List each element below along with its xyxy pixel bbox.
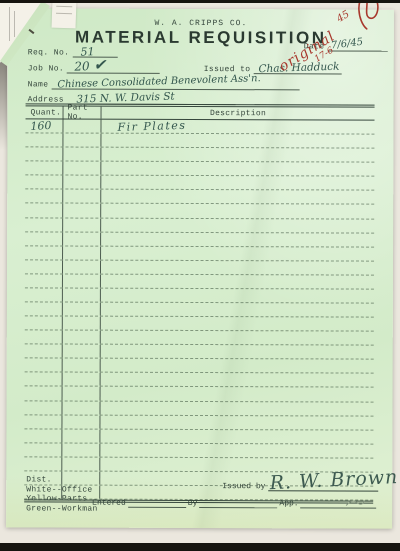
part-cell	[63, 246, 101, 259]
desc-cell	[101, 260, 374, 274]
stamp-mark	[9, 7, 10, 41]
quant-cell	[25, 176, 63, 189]
job-no-value: 20 ✔	[75, 56, 107, 75]
requisition-form: W. A. CRIPPS CO. MATERIAL REQUISITION Da…	[6, 8, 394, 528]
items-table: Quant. Part No. Description 160 Fir Plat…	[24, 103, 374, 503]
part-cell	[63, 345, 101, 358]
name-underline: Chinese Consolidated Benevolent Ass'n.	[51, 74, 299, 90]
part-no-header: Part No.	[64, 107, 102, 119]
quant-cell	[24, 443, 62, 456]
quant-cell	[25, 148, 63, 161]
part-cell	[63, 274, 101, 287]
quant-cell	[25, 331, 63, 344]
table-row	[25, 260, 374, 275]
table-row	[25, 288, 374, 303]
desc-cell	[101, 317, 374, 331]
quant-cell	[24, 429, 62, 442]
table-row	[25, 133, 374, 148]
table-row	[25, 387, 374, 402]
dist-line-yellow: Yellow-Parts	[26, 494, 97, 504]
quant-cell	[25, 190, 63, 203]
desc-cell	[101, 204, 374, 218]
desc-cell	[101, 190, 374, 204]
issued-by-underline: R. W. Brown	[268, 478, 378, 491]
table-row	[25, 373, 374, 388]
check-mark: ✔	[94, 56, 107, 74]
quant-cell: 160	[25, 119, 63, 132]
name-field: Name Chinese Consolidated Benevolent Ass…	[28, 75, 300, 90]
stamp-mark	[14, 11, 15, 37]
table-row	[25, 246, 374, 261]
table-row: 160 Fir Plates	[25, 119, 374, 134]
table-row	[24, 401, 373, 416]
part-cell	[62, 401, 100, 414]
desc-cell	[100, 415, 373, 429]
desc-cell	[101, 331, 374, 345]
dist-title: Dist.	[26, 475, 97, 485]
part-cell	[63, 260, 101, 273]
part-cell	[63, 232, 101, 245]
desc-cell	[101, 246, 374, 260]
quant-cell	[25, 359, 63, 372]
dist-line-white: White--Office	[26, 485, 97, 495]
entered-row: Entered By App.	[92, 497, 378, 509]
desc-cell	[101, 134, 374, 148]
part-cell	[63, 387, 101, 400]
quant-cell	[25, 204, 63, 217]
part-cell	[62, 429, 100, 442]
desc-cell	[100, 401, 373, 415]
description-value: Fir Plates	[117, 119, 186, 134]
table-row	[25, 204, 374, 219]
table-row	[25, 359, 374, 374]
name-label: Name	[28, 80, 49, 89]
entered-label: Entered	[92, 499, 126, 508]
quant-cell	[24, 415, 62, 428]
desc-cell	[101, 387, 374, 401]
table-body: 160 Fir Plates	[24, 119, 374, 503]
quant-cell	[25, 316, 63, 329]
table-row	[25, 176, 374, 191]
table-row	[24, 429, 373, 444]
part-cell	[63, 120, 101, 133]
table-row	[24, 443, 373, 458]
quant-header: Quant.	[26, 106, 64, 118]
table-row	[25, 316, 374, 331]
part-cell	[63, 190, 101, 203]
scan-bottom-edge	[0, 543, 400, 551]
part-cell	[63, 303, 101, 316]
job-no-field: Job No. 20 ✔	[28, 59, 160, 73]
table-row	[25, 331, 374, 346]
table-row	[25, 218, 374, 233]
distribution-block: Dist. White--Office Yellow-Parts Green--…	[26, 475, 98, 513]
table-header: Quant. Part No. Description	[26, 103, 375, 120]
job-no-underline: 20 ✔	[67, 59, 160, 74]
part-cell	[63, 134, 101, 147]
issued-by-field: Issued by R. W. Brown	[222, 479, 378, 492]
table-row	[25, 190, 374, 205]
desc-cell	[101, 303, 374, 317]
scan-top-edge	[0, 0, 400, 3]
desc-cell	[101, 345, 374, 359]
quant-cell	[24, 401, 62, 414]
quant-cell	[24, 457, 62, 470]
quant-cell	[25, 288, 63, 301]
table-row	[25, 274, 374, 289]
table-row	[24, 415, 373, 430]
desc-cell: Fir Plates	[101, 120, 374, 134]
part-cell	[63, 331, 101, 344]
quantity-value: 160	[30, 119, 52, 133]
quant-cell	[25, 133, 63, 146]
quant-cell	[25, 246, 63, 259]
desc-cell	[101, 218, 374, 232]
part-cell	[62, 415, 100, 428]
name-value: Chinese Consolidated Benevolent Ass'n.	[57, 73, 261, 90]
part-cell	[63, 162, 101, 175]
desc-cell	[100, 443, 373, 457]
scanned-document: W. A. CRIPPS CO. MATERIAL REQUISITION Da…	[0, 0, 400, 551]
part-cell	[63, 204, 101, 217]
desc-cell	[101, 162, 374, 176]
desc-cell	[101, 232, 374, 246]
issued-by-label: Issued by	[222, 482, 265, 491]
by-underline	[199, 496, 277, 508]
part-cell	[62, 457, 100, 470]
part-cell	[63, 288, 101, 301]
quant-cell	[25, 302, 63, 315]
quant-cell	[25, 162, 63, 175]
part-cell	[63, 359, 101, 372]
part-cell	[63, 218, 101, 231]
quant-cell	[25, 345, 63, 358]
part-cell	[63, 176, 101, 189]
desc-cell	[101, 176, 374, 190]
job-no-label: Job No.	[28, 64, 64, 73]
quant-cell	[25, 218, 63, 231]
quant-cell	[25, 387, 63, 400]
table-row	[25, 162, 374, 177]
paper-tab	[52, 0, 77, 28]
desc-cell	[101, 289, 374, 303]
table-row	[25, 148, 374, 163]
quant-cell	[25, 260, 63, 273]
req-no-label: Req. No.	[28, 48, 70, 57]
desc-cell	[101, 359, 374, 373]
desc-cell	[101, 373, 374, 387]
desc-cell	[101, 148, 374, 162]
table-row	[25, 232, 374, 247]
pencil-mark	[344, 497, 366, 509]
app-label: App.	[279, 499, 298, 508]
desc-cell	[101, 275, 374, 289]
entered-underline	[128, 496, 186, 508]
table-row	[25, 302, 374, 317]
part-cell	[63, 148, 101, 161]
by-label: By	[188, 499, 198, 508]
quant-cell	[25, 232, 63, 245]
part-cell	[62, 443, 100, 456]
description-header: Description	[102, 107, 375, 120]
quant-cell	[25, 274, 63, 287]
desc-cell	[100, 429, 373, 443]
part-cell	[63, 317, 101, 330]
dist-line-green: Green--Workman	[26, 504, 97, 514]
table-row	[25, 345, 374, 360]
quant-cell	[25, 373, 63, 386]
part-cell	[63, 373, 101, 386]
